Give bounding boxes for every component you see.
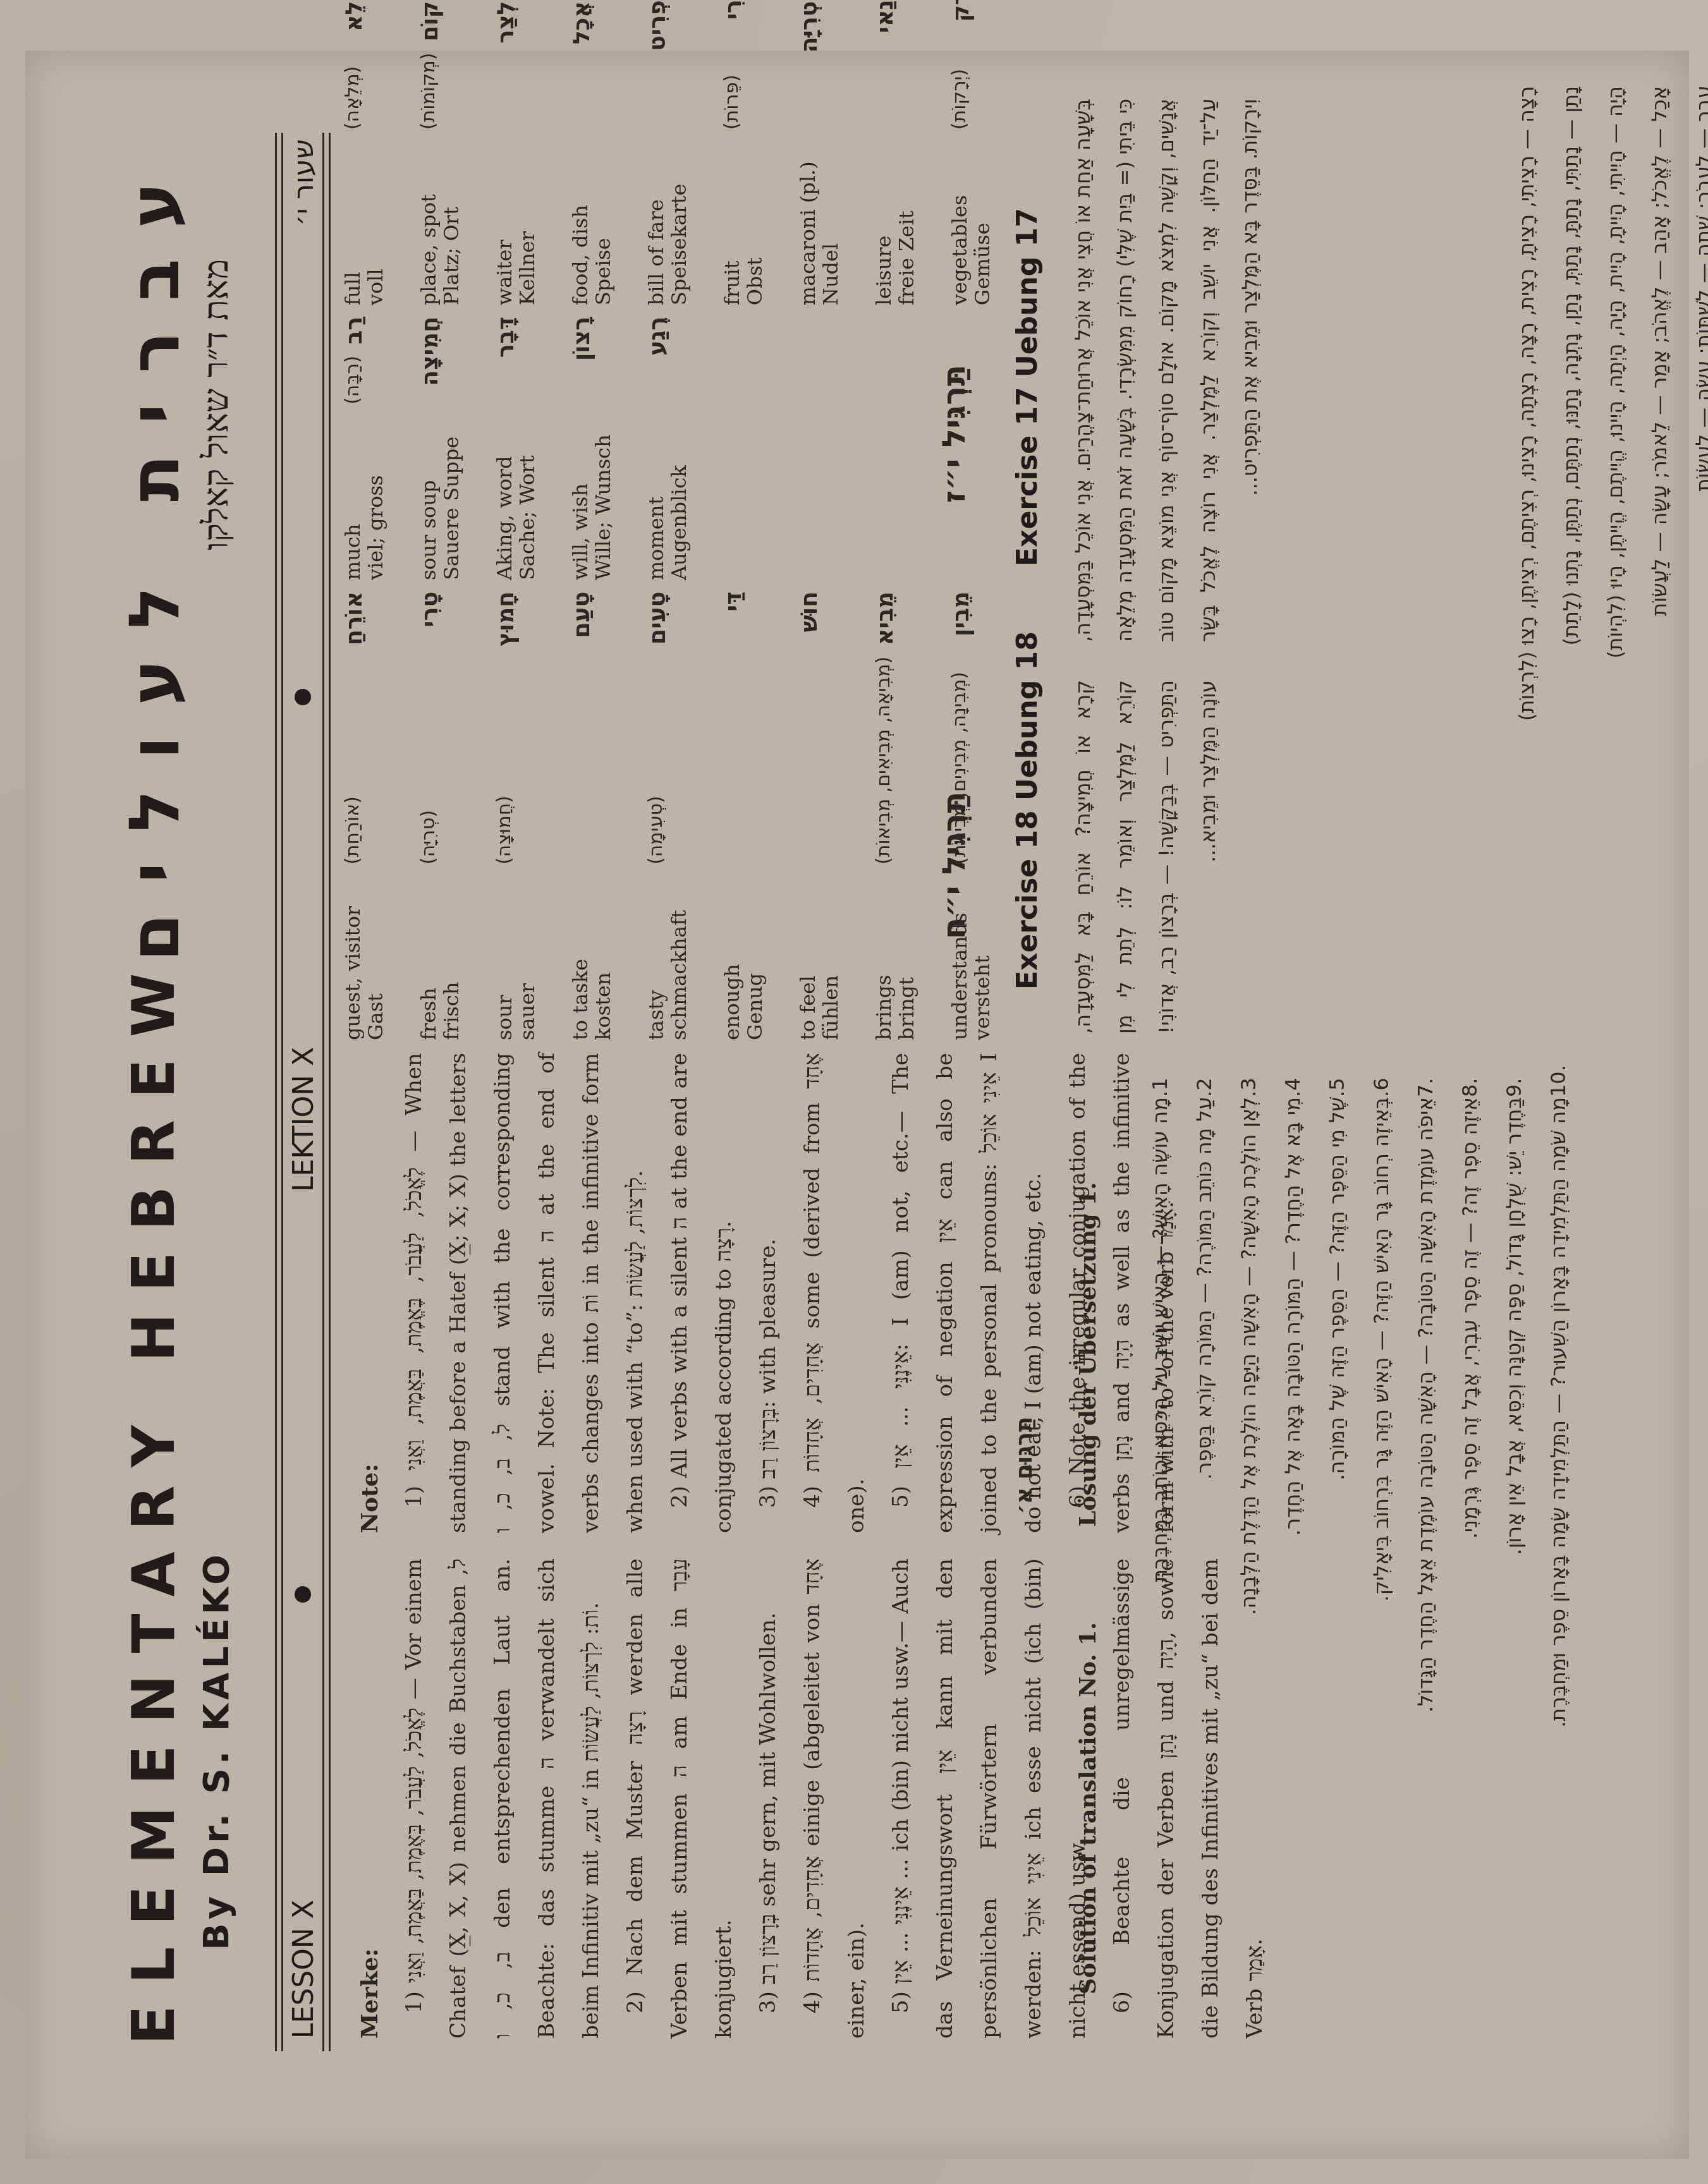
solution-text: אֵיזֶה סֵפֶר זֶה? — זֶה סֵפֶר עִבְרִי, א… [1458, 1097, 1482, 1539]
gloss-english: guest, visitor [341, 876, 364, 1040]
vocab-cell: place, spotPlatz; Ort(מְקוֹמוֹת)מָקוֹם [417, 0, 493, 305]
vocab-cell: bill of fareSpeisekarteתַּפְרִיט [645, 0, 721, 305]
solution-number: .1 [1138, 1059, 1182, 1097]
gloss-german: schmackhaft [668, 876, 690, 1040]
vocab-hebrew-word: טָעַם [569, 591, 595, 638]
vocab-cell: to taskekostenטָעַם [569, 580, 645, 1040]
vocab-cell: muchviel; gross(רַבָּה)רַב [341, 305, 417, 580]
vocab-hebrew-word: פְּרִי [721, 0, 747, 20]
vocab-feminine-or-plural: (מְלֵאָה) [341, 66, 363, 130]
solution-text: עַל מָה כּוֹתֵב הַמּוֹרֶה? — הַמּוֹרָה ק… [1192, 1097, 1216, 1480]
punch-hole-dot [295, 689, 311, 705]
vocab-feminine-or-plural: (מְבִיאָה, מְבִיאִים, מְבִיאוֹת) [872, 657, 894, 864]
english-note-paragraph: 3) בְּרָצוֹן רַב: with pleasure. [746, 1053, 790, 1533]
vocab-hebrew-word: טָרִי [417, 591, 443, 628]
vocab-cell: tastyschmackhaft(טְעִימָה)טָעִים [645, 580, 721, 1040]
title-english: ELEMENTARY HEBREW [120, 952, 188, 2045]
vocab-gloss: enoughGenug [721, 876, 766, 1040]
solution-number: .2 [1182, 1059, 1226, 1097]
vocab-gloss: place, spotPlatz; Ort [417, 141, 463, 305]
gloss-german: voll [364, 141, 387, 305]
solution-item: 7.אֵיפֹה עוֹמֶדֶת הָאִשָּׁה הַטּוֹבָה? —… [1403, 1059, 1448, 1994]
vocab-cell: macaroni (pl.)Nudelאִטְרִיָּה [796, 0, 872, 305]
gloss-english: food, dish [569, 141, 592, 305]
author-english: By Dr. S. KALÉKO [196, 1551, 237, 1950]
gloss-english: moment [645, 416, 668, 580]
gloss-english: macaroni (pl.) [796, 141, 819, 305]
vocab-hebrew-word: דַּי [721, 591, 747, 612]
vocab-entry: will, wishWille; Wunschרָצוֹן [569, 305, 645, 580]
vocab-hebrew-word: חָמוּץ [493, 591, 519, 646]
vocab-feminine-or-plural: (יְרָקוֹת) [948, 69, 970, 130]
vocab-entry: to taskekostenטָעַם [569, 580, 645, 1040]
vocab-hebrew-word: מָלֵא [341, 0, 367, 32]
gloss-english: to feel [796, 876, 819, 1040]
gloss-english: fresh [417, 876, 440, 1040]
vocab-hebrew-word: מֵבִין [948, 591, 974, 636]
lesson-label-german: LEKTION X [288, 1047, 320, 1192]
vocab-entry: place, spotPlatz; Ort(מְקוֹמוֹת)מָקוֹם [417, 0, 493, 305]
vocab-gloss: freshfrisch [417, 876, 463, 1040]
vocab-gloss: guest, visitorGast [341, 876, 387, 1040]
solution-text: מָה שֹּׁמָה הַתַּלְמִידָה בָּאָרוֹן הַשִ… [1546, 1097, 1570, 1728]
gloss-english: to taske [569, 876, 592, 1040]
gloss-german: Speisekarte [668, 141, 690, 305]
vocab-hebrew-word: רַב [341, 317, 367, 344]
vocab-entry: enoughGenugדַּי [721, 580, 796, 1040]
solution-item: .1מָה עוֹשֶׂה הָאִישׁ? — הָאִישׁ יוֹשֵׁב… [1138, 1059, 1182, 1994]
solution-text: אֵיפֹה עוֹמֶדֶת הָאִשָּׁה הַטּוֹבָה? — ה… [1413, 1097, 1437, 1713]
gloss-german: versteht [971, 876, 994, 1040]
vocab-hebrew-word: מָקוֹם [417, 0, 443, 42]
solution-list: .1מָה עוֹשֶׂה הָאִישׁ? — הָאִישׁ יוֹשֵׁב… [1138, 1059, 1580, 1994]
vocab-entry: bill of fareSpeisekarteתַּפְרִיט [645, 0, 721, 305]
vocab-feminine-or-plural: (רַבָּה) [341, 356, 363, 404]
vocab-feminine-or-plural: (אוֹרַחַת) [341, 796, 363, 864]
vocab-feminine-or-plural: (טְעִימָה) [645, 796, 667, 864]
solution-item: .5שֶׁל מִי הַסֵּפֶר הַזֶּה? — הַסֵּפֶר ה… [1315, 1059, 1359, 1994]
vocab-cell: Aking, wordSache; Wortדָּבָר [493, 305, 569, 580]
vocab-gloss: fruitObst [721, 141, 766, 305]
vocab-entry: Aking, wordSache; Wortדָּבָר [493, 305, 569, 580]
german-note-paragraph: 1) לֶאֱכֹל, לַעֲבֹר, בְּאֶמֶת, בַּאֲמֶת,… [392, 1558, 613, 2039]
german-note-paragraph: 4) אֲחָדִים, אֲחָדוֹת einige (abgeleitet… [790, 1558, 879, 2039]
solution-number: .5 [1315, 1059, 1359, 1097]
vocab-cell: to feelfühlenחוּשׁ [796, 580, 872, 1040]
vocab-entry: momentAugenblickרֶגַע [645, 305, 721, 580]
vocab-entry: guest, visitorGast(אוֹרַחַת)אוֹרֵחַ [341, 580, 417, 1040]
solution-text: בַּחֶדֶר יֵשׁ: שֻׁלְחָן גָּדוֹל, סַפָּה … [1502, 1097, 1526, 1555]
gloss-english: enough [721, 876, 743, 1040]
vocab-gloss: waiterKellner [493, 141, 539, 305]
vocab-feminine-or-plural: (פֵּרוֹת) [721, 75, 743, 130]
vocab-cell: waiterKellnerמֶלְצַר [493, 0, 569, 305]
gloss-english: will, wish [569, 416, 592, 580]
vocab-hebrew-word: תַּפְרִיט [645, 0, 671, 51]
solution-item: .4מִי בָּא אֶל הַחֶדֶר? — הַמּוֹרָה הַטּ… [1271, 1059, 1315, 1994]
solution-number: 7. [1403, 1059, 1448, 1097]
solution-text: שֶׁל מִי הַסֵּפֶר הַזֶּה? — הַסֵּפֶר הַז… [1325, 1097, 1349, 1481]
vocab-gloss: leisurefreie Zeit [872, 141, 918, 305]
solution-item: 9.בַּחֶדֶר יֵשׁ: שֻׁלְחָן גָּדוֹל, סַפָּ… [1492, 1059, 1536, 1994]
gloss-german: frisch [440, 876, 463, 1040]
author-hebrew: מאת ד״ר שאול קאלקו [196, 259, 236, 550]
gloss-german: Wille; Wunsch [592, 416, 614, 580]
solution-text: לְאָן הוֹלֶכֶת הָאִשָּׁה? — הָאִשָּׁה הַ… [1236, 1097, 1260, 1615]
vocab-entry: fruitObst(פֵּרוֹת)פְּרִי [721, 0, 796, 305]
gloss-german: fühlen [819, 876, 842, 1040]
conjugation-line: רָצָה — רָצִיתִי, רָצִיתָ, רָצִית, רָצָה… [1504, 86, 1549, 1034]
gloss-english: fruit [721, 141, 743, 305]
conjugation-line: הָיָה — הָיִיתִי, הָיִיתָ, הָיִית, הָיָה… [1593, 86, 1637, 1034]
vocabulary-table: guest, visitorGast(אוֹרַחַת)אוֹרֵחַfresh… [341, 145, 1024, 1040]
vocab-cell: soursauer(חֲמוּצָה)חָמוּץ [493, 580, 569, 1040]
lesson-label-hebrew: שעור י׳ [288, 139, 320, 226]
vocab-column: fullvoll(מְלֵאָה)מָלֵאplace, spotPlatz; … [341, 0, 1024, 305]
vocab-entry: muchviel; gross(רַבָּה)רַב [341, 305, 417, 580]
vocab-hebrew-word: מֶלְצַר [493, 0, 519, 44]
gloss-english: sour [493, 876, 516, 1040]
vocab-hebrew-word: יָרָק [948, 0, 974, 21]
vocab-entry: leisurefreie Zeitפְּנַאי [872, 0, 948, 305]
gloss-german: Sache; Wort [516, 416, 539, 580]
vocab-entry: waiterKellnerמֶלְצַר [493, 0, 569, 305]
solution-english-title: Solution of translation No. 1. [1075, 1622, 1101, 1994]
vocab-gloss: sour soupSauere Suppe [417, 416, 463, 580]
exercise-18-title: Exercise 18 Uebung 18 [1011, 631, 1044, 990]
gloss-german: Augenblick [668, 416, 690, 580]
rule-bottom [322, 133, 324, 2051]
vocab-hebrew-word: חוּשׁ [796, 591, 822, 632]
vocab-entry: fullvoll(מְלֵאָה)מָלֵא [341, 0, 417, 305]
gloss-english: much [341, 416, 364, 580]
rule-top-2 [281, 133, 283, 2051]
vocab-hebrew-word: רָצוֹן [569, 317, 595, 361]
vocab-cell: enoughGenugדַּי [721, 580, 796, 1040]
solution-item: .6בְּאֵיזֶה רְחוֹב גָּר הָאִישׁ הַזֶּה? … [1359, 1059, 1403, 1994]
vocab-feminine-or-plural: (חֲמוּצָה) [493, 796, 515, 864]
gloss-german: Speise [592, 141, 614, 305]
gloss-english: Aking, word [493, 416, 516, 580]
gloss-german: sauer [516, 876, 539, 1040]
vocab-gloss: bringsbringt [872, 876, 918, 1040]
solution-text: מִי בָּא אֶל הַחֶדֶר? — הַמּוֹרָה הַטּוֹ… [1281, 1097, 1305, 1536]
gloss-german: Genug [743, 876, 766, 1040]
notes-english: Note: 1) לֶאֱכֹל, לַעֲבֹר, בֶּאֱמֶת, בַּ… [348, 1053, 1188, 1533]
vocab-column: muchviel; gross(רַבָּה)רַבsour soupSauer… [341, 305, 1024, 580]
scanned-page: ELEMENTARY HEBREW By Dr. S. KALÉKO עברית… [0, 0, 1708, 2184]
rule-bottom-2 [329, 133, 331, 2051]
vocab-entry: macaroni (pl.)Nudelאִטְרִיָּה [796, 0, 872, 305]
punch-hole-dot [295, 1586, 311, 1603]
vocab-gloss: Aking, wordSache; Wort [493, 416, 539, 580]
vocab-gloss: to feelfühlen [796, 876, 842, 1040]
vocab-hebrew-word: פְּנַאי [872, 0, 898, 33]
english-note-paragraph: 1) לֶאֱכֹל, לַעֲבֹר, בֶּאֱמֶת, בַּאֲמֶת,… [392, 1053, 657, 1533]
gloss-german: Gemüse [971, 141, 994, 305]
vocab-gloss: bill of fareSpeisekarte [645, 141, 690, 305]
vocab-gloss: will, wishWille; Wunsch [569, 416, 614, 580]
exercise-18-hebrew-title: תַּרְגִּיל י״ח [936, 791, 972, 939]
vocab-cell: sour soupSauere Suppeחֲמִיצָה [417, 305, 493, 580]
vocab-hebrew-word: טָעִים [645, 591, 671, 645]
solution-number: .6 [1359, 1059, 1403, 1097]
gloss-english: leisure [872, 141, 895, 305]
vocab-gloss: vegetablesGemüse [948, 141, 994, 305]
english-note-paragraph: 4) אֲחָדִים, אֲחָדוֹת some (derived from… [790, 1053, 879, 1533]
vocab-hebrew-word: רֶגַע [645, 317, 671, 356]
vocab-hebrew-word: אִטְרִיָּה [796, 0, 822, 52]
vocab-gloss: to taskekosten [569, 876, 614, 1040]
notes-english-heading: Note: [348, 1053, 392, 1533]
vocab-entry: food, dishSpeiseמַאֲכָל [569, 0, 645, 305]
german-note-paragraph: 3) בְּרָצוֹן רַב sehr gern, mit Wohlwoll… [746, 1558, 790, 2039]
solution-item: .2עַל מָה כּוֹתֵב הַמּוֹרֶה? — הַמּוֹרָה… [1182, 1059, 1226, 1994]
gloss-english: sour soup [417, 416, 440, 580]
solution-number: 10. [1536, 1059, 1580, 1097]
vocab-gloss: muchviel; gross [341, 416, 387, 580]
vocab-hebrew-word: אוֹרֵחַ [341, 591, 367, 645]
vocab-gloss: momentAugenblick [645, 416, 690, 580]
notes-german-heading: Merke: [348, 1558, 392, 2039]
solution-number: 8. [1448, 1059, 1492, 1097]
rule-top [275, 133, 277, 2051]
exercise-17-hebrew-title: תַּרְגִּיל י״ז [936, 365, 972, 503]
gloss-german: freie Zeit [895, 141, 918, 305]
conjugation-line: נָתַן — נָתַתִּי, נָתַתָּ, נָתַתְּ, נָתַ… [1549, 86, 1593, 1034]
solution-number: .3 [1226, 1059, 1271, 1097]
vocab-entry: tastyschmackhaft(טְעִימָה)טָעִים [645, 580, 721, 1040]
solution-item: 10.מָה שֹּׁמָה הַתַּלְמִידָה בָּאָרוֹן ה… [1536, 1059, 1580, 1994]
vocab-hebrew-word: דָּבָר [493, 317, 519, 358]
solution-text: בְּאֵיזֶה רְחוֹב גָּר הָאִישׁ הַזֶּה? — … [1369, 1097, 1393, 1601]
title-hebrew: עברית לעולים [114, 152, 195, 962]
german-note-paragraph: 5) אֵינֶנִּי ... אֵין ... ich (bin) nich… [879, 1558, 1100, 2039]
gloss-english: bill of fare [645, 141, 668, 305]
gloss-english: vegetables [948, 141, 971, 305]
vocab-cell: will, wishWille; Wunschרָצוֹן [569, 305, 645, 580]
gloss-english: place, spot [417, 141, 440, 305]
vocab-hebrew-word: חֲמִיצָה [417, 317, 443, 386]
vocab-gloss: tastyschmackhaft [645, 876, 690, 1040]
vocab-gloss: soursauer [493, 876, 539, 1040]
gloss-english: tasty [645, 876, 668, 1040]
paper-sheet: ELEMENTARY HEBREW By Dr. S. KALÉKO עברית… [25, 51, 1689, 2159]
conjugation-table: רָצָה — רָצִיתִי, רָצִיתָ, רָצִית, רָצָה… [1504, 86, 1708, 1034]
solution-hebrew-title: תַּרְגּוּם א׳ [1011, 1417, 1037, 1515]
conjugation-line: אָכַל — לֶאֱכֹל; אָהַב — לֶאֱהֹב; אָמַר … [1637, 86, 1681, 1034]
gloss-german: kosten [592, 876, 614, 1040]
gloss-english: waiter [493, 141, 516, 305]
vocab-entry: soursauer(חֲמוּצָה)חָמוּץ [493, 580, 569, 1040]
gloss-english: brings [872, 876, 895, 1040]
vocab-cell: guest, visitorGast(אוֹרַחַת)אוֹרֵחַ [341, 580, 417, 1040]
gloss-english: full [341, 141, 364, 305]
solution-item: .3לְאָן הוֹלֶכֶת הָאִשָּׁה? — הָאִשָּׁה … [1226, 1059, 1271, 1994]
gloss-german: Platz; Ort [440, 141, 463, 305]
vocab-gloss: food, dishSpeise [569, 141, 614, 305]
gloss-german: Sauere Suppe [440, 416, 463, 580]
english-note-paragraph: 2) All verbs with a silent ה at the end … [657, 1053, 746, 1533]
gloss-german: Kellner [516, 141, 539, 305]
vocab-cell: momentAugenblickרֶגַע [645, 305, 721, 580]
lesson-label-english: LESSON X [288, 1900, 320, 2039]
solution-german-title: Lösung der Übersetzung 1. [1075, 1182, 1101, 1527]
vocab-entry: sour soupSauere Suppeחֲמִיצָה [417, 305, 493, 580]
gloss-german: Nudel [819, 141, 842, 305]
conjugation-line: עָבַר — לַעֲבֹר; שָׁתָה — לִשְׁתּוֹת; עָ… [1681, 86, 1708, 1034]
gloss-german: viel; gross [364, 416, 387, 580]
vocab-entry: freshfrisch(טְרִיָּה)טָרִי [417, 580, 493, 1040]
vocab-hebrew-word: מֵבִיא [872, 591, 898, 645]
vocab-cell: freshfrisch(טְרִיָּה)טָרִי [417, 580, 493, 1040]
solution-number: 9. [1492, 1059, 1536, 1097]
vocab-cell: fruitObst(פֵּרוֹת)פְּרִי [721, 0, 796, 305]
vocab-gloss: fullvoll [341, 141, 387, 305]
exercise-17-title: Exercise 17 Uebung 17 [1011, 208, 1044, 566]
vocab-cell: leisurefreie Zeitפְּנַאי [872, 0, 948, 305]
vocab-cell: fullvoll(מְלֵאָה)מָלֵא [341, 0, 417, 305]
solution-number: .4 [1271, 1059, 1315, 1097]
vocab-gloss: macaroni (pl.)Nudel [796, 141, 842, 305]
solution-text: מָה עוֹשֶׂה הָאִישׁ? — הָאִישׁ יוֹשֵׁב ע… [1148, 1097, 1172, 1589]
vocab-cell: food, dishSpeiseמַאֲכָל [569, 0, 645, 305]
vocab-column: guest, visitorGast(אוֹרַחַת)אוֹרֵחַfresh… [341, 580, 1024, 1040]
vocab-entry: to feelfühlenחוּשׁ [796, 580, 872, 1040]
gloss-german: Gast [364, 876, 387, 1040]
vocab-feminine-or-plural: (טְרִיָּה) [417, 810, 439, 864]
vocab-hebrew-word: מַאֲכָל [569, 0, 595, 44]
solution-item: 8.אֵיזֶה סֵפֶר זֶה? — זֶה סֵפֶר עִבְרִי,… [1448, 1059, 1492, 1994]
gloss-german: Obst [743, 141, 766, 305]
vocab-feminine-or-plural: (מְקוֹמוֹת) [417, 53, 439, 130]
gloss-german: bringt [895, 876, 918, 1040]
german-note-paragraph: 2) Nach dem Muster רָצָה werden alle Ver… [613, 1558, 746, 2039]
